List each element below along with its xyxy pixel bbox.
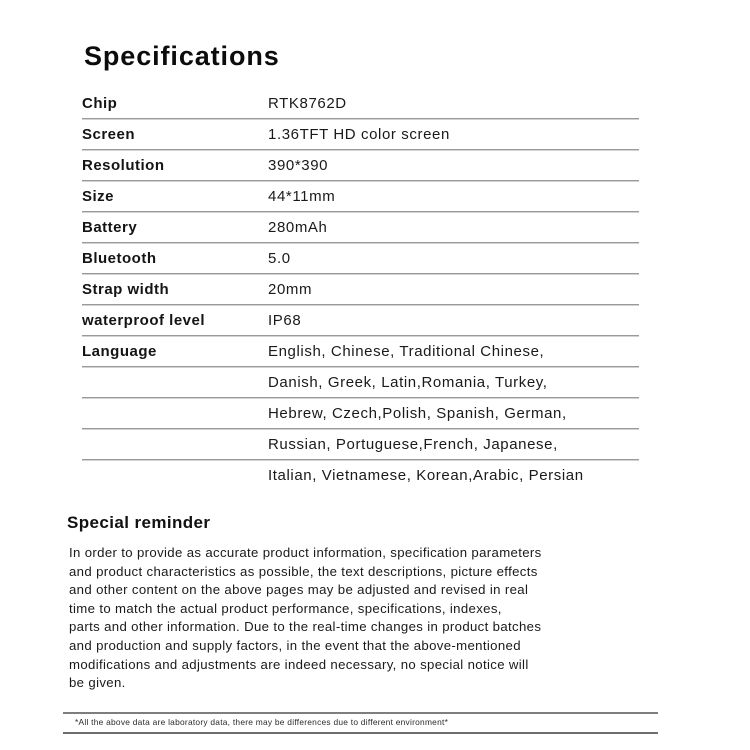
spec-label: Bluetooth	[82, 250, 156, 267]
spec-value: 44*11mm	[268, 188, 335, 205]
spec-value: 20mm	[268, 281, 312, 298]
language-line: Russian, Portuguese,French, Japanese,	[268, 436, 558, 453]
spec-row-resolution: Resolution 390*390	[82, 151, 639, 182]
spec-label: waterproof level	[82, 312, 205, 329]
spec-label: Chip	[82, 95, 117, 112]
spec-value: 390*390	[268, 157, 328, 174]
reminder-body: In order to provide as accurate product …	[69, 544, 719, 693]
spec-label: Size	[82, 188, 114, 205]
spec-row-language: Language English, Chinese, Traditional C…	[82, 337, 639, 368]
reminder-line: be given.	[69, 674, 719, 693]
page-title: Specifications	[84, 36, 280, 76]
spec-row-language-cont: Danish, Greek, Latin,Romania, Turkey,	[82, 368, 639, 399]
reminder-line: parts and other information. Due to the …	[69, 618, 719, 637]
spec-row-waterproof-level: waterproof level IP68	[82, 306, 639, 337]
spec-label: Language	[82, 343, 157, 360]
reminder-line: and product characteristics as possible,…	[69, 563, 719, 582]
reminder-line: In order to provide as accurate product …	[69, 544, 719, 563]
spec-value: IP68	[268, 312, 301, 329]
spec-row-battery: Battery 280mAh	[82, 213, 639, 244]
spec-row-screen: Screen 1.36TFT HD color screen	[82, 120, 639, 151]
language-line: Italian, Vietnamese, Korean,Arabic, Pers…	[268, 467, 584, 484]
spec-row-language-cont: Italian, Vietnamese, Korean,Arabic, Pers…	[82, 461, 639, 492]
spec-row-language-cont: Hebrew, Czech,Polish, Spanish, German,	[82, 399, 639, 430]
footer-note: *All the above data are laboratory data,…	[63, 712, 658, 734]
language-line: Hebrew, Czech,Polish, Spanish, German,	[268, 405, 567, 422]
language-line: English, Chinese, Traditional Chinese,	[268, 343, 544, 360]
spec-table: Chip RTK8762D Screen 1.36TFT HD color sc…	[82, 89, 639, 492]
spec-label: Strap width	[82, 281, 169, 298]
spec-label: Battery	[82, 219, 137, 236]
reminder-line: time to match the actual product perform…	[69, 600, 719, 619]
spec-label: Resolution	[82, 157, 165, 174]
spec-row-bluetooth: Bluetooth 5.0	[82, 244, 639, 275]
spec-value: 280mAh	[268, 219, 327, 236]
spec-value: 5.0	[268, 250, 291, 267]
spec-value: RTK8762D	[268, 95, 347, 112]
footer-note-text: *All the above data are laboratory data,…	[75, 717, 448, 727]
reminder-title: Special reminder	[67, 513, 210, 533]
spec-row-language-cont: Russian, Portuguese,French, Japanese,	[82, 430, 639, 461]
reminder-line: and production and supply factors, in th…	[69, 637, 719, 656]
spec-row-size: Size 44*11mm	[82, 182, 639, 213]
spec-value: 1.36TFT HD color screen	[268, 126, 450, 143]
spec-label: Screen	[82, 126, 135, 143]
spec-row-strap-width: Strap width 20mm	[82, 275, 639, 306]
language-line: Danish, Greek, Latin,Romania, Turkey,	[268, 374, 548, 391]
reminder-line: and other content on the above pages may…	[69, 581, 719, 600]
spec-row-chip: Chip RTK8762D	[82, 89, 639, 120]
reminder-line: modifications and adjustments are indeed…	[69, 656, 719, 675]
